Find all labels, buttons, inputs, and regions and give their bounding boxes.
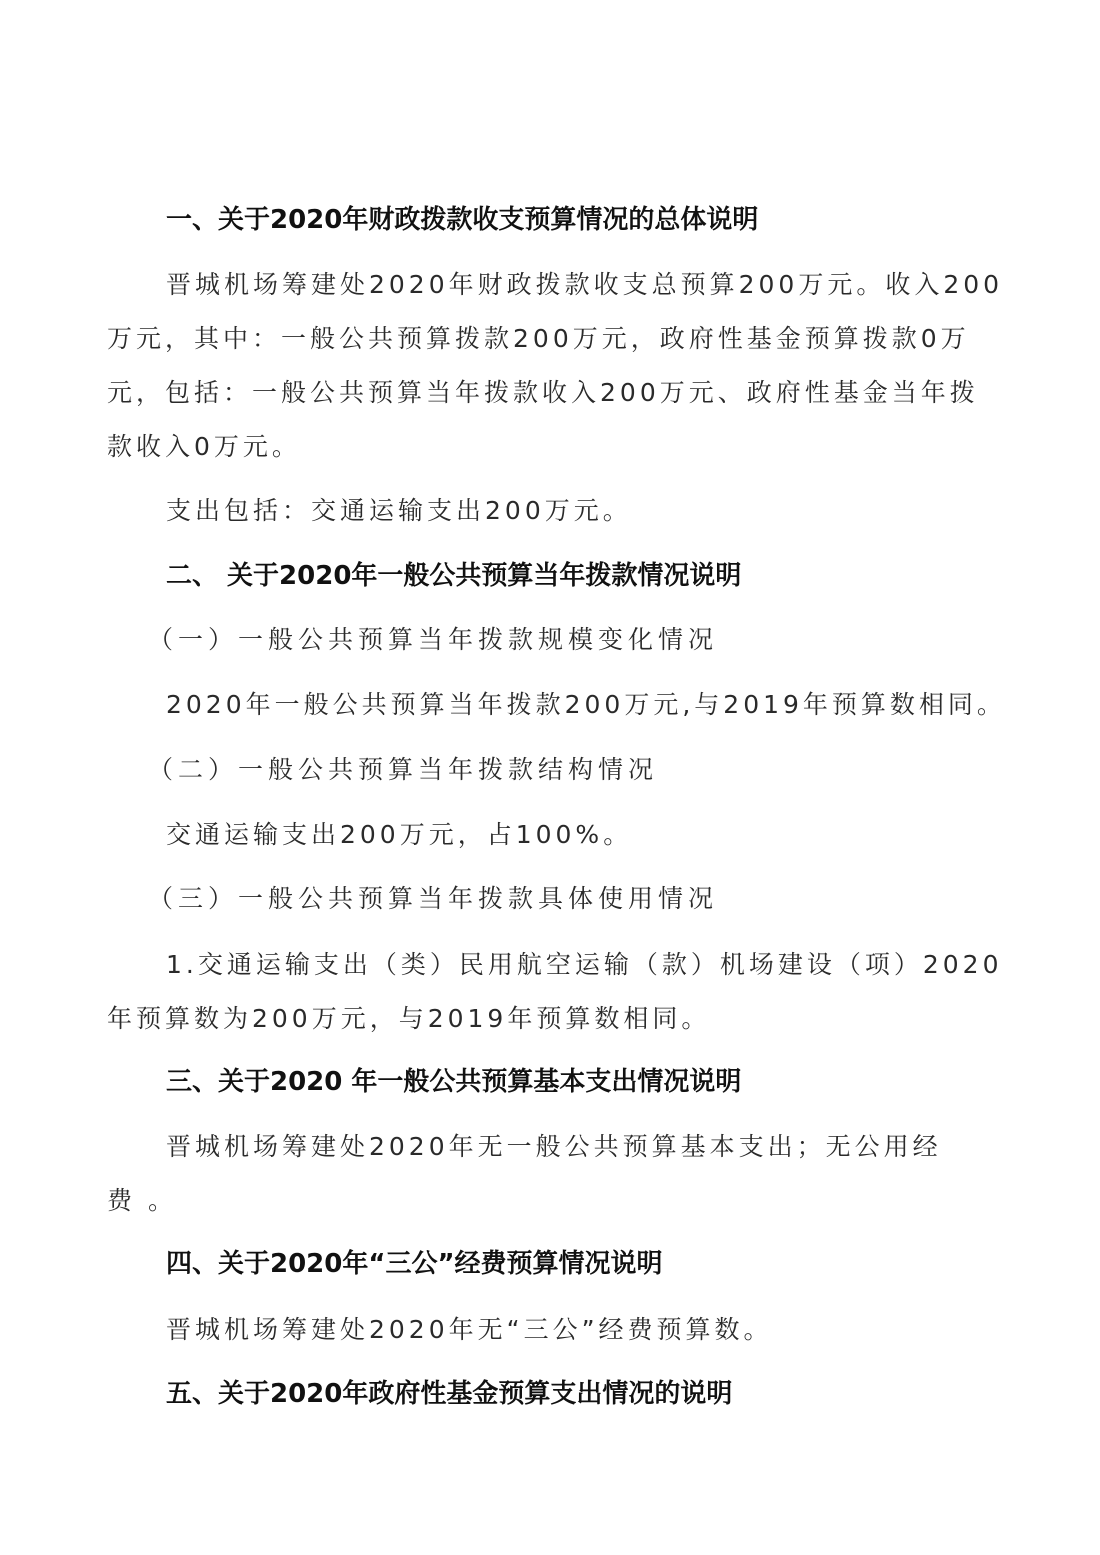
section-5-heading: 五、关于2020年政府性基金预算支出情况的说明	[166, 1379, 732, 1409]
section-3-heading: 三、关于2020 年一般公共预算基本支出情况说明	[166, 1067, 741, 1097]
section-1-heading: 一、关于2020年财政拨款收支预算情况的总体说明	[166, 205, 758, 235]
subsection-2-3-text-line-1: 1.交通运输支出（类）民用航空运输（款）机场建设（项）2020	[166, 950, 1002, 980]
subsection-2-1-text: 2020年一般公共预算当年拨款200万元,与2019年预算数相同。	[166, 690, 1006, 720]
section-4-text: 晋城机场筹建处2020年无“三公”经费预算数。	[166, 1315, 773, 1345]
section-1-paragraph-1-line-3: 元，包括：一般公共预算当年拨款收入200万元、政府性基金当年拨	[107, 378, 979, 408]
subsection-2-2-heading: （二）一般公共预算当年拨款结构情况	[148, 755, 658, 785]
section-4-heading: 四、关于2020年“三公”经费预算情况说明	[166, 1249, 663, 1279]
section-1-paragraph-2: 支出包括：交通运输支出200万元。	[166, 496, 632, 526]
subsection-2-2-text: 交通运输支出200万元，占100%。	[166, 820, 632, 850]
subsection-2-3-text-line-2: 年预算数为200万元，与2019年预算数相同。	[107, 1004, 710, 1034]
subsection-2-3-heading: （三）一般公共预算当年拨款具体使用情况	[148, 884, 718, 914]
subsection-2-1-heading: （一）一般公共预算当年拨款规模变化情况	[148, 625, 718, 655]
section-1-paragraph-1-line-2: 万元，其中：一般公共预算拨款200万元，政府性基金预算拨款0万	[107, 324, 970, 354]
section-3-text-line-1: 晋城机场筹建处2020年无一般公共预算基本支出；无公用经	[166, 1132, 942, 1162]
section-1-paragraph-1-line-1: 晋城机场筹建处2020年财政拨款收支总预算200万元。收入200	[166, 270, 1003, 300]
section-2-heading: 二、 关于2020年一般公共预算当年拨款情况说明	[166, 561, 741, 591]
section-3-text-line-2: 费 。	[107, 1186, 177, 1216]
section-1-paragraph-1-line-4: 款收入0万元。	[107, 432, 301, 462]
document-page: 一、关于2020年财政拨款收支预算情况的总体说明 晋城机场筹建处2020年财政拨…	[0, 0, 1100, 1555]
